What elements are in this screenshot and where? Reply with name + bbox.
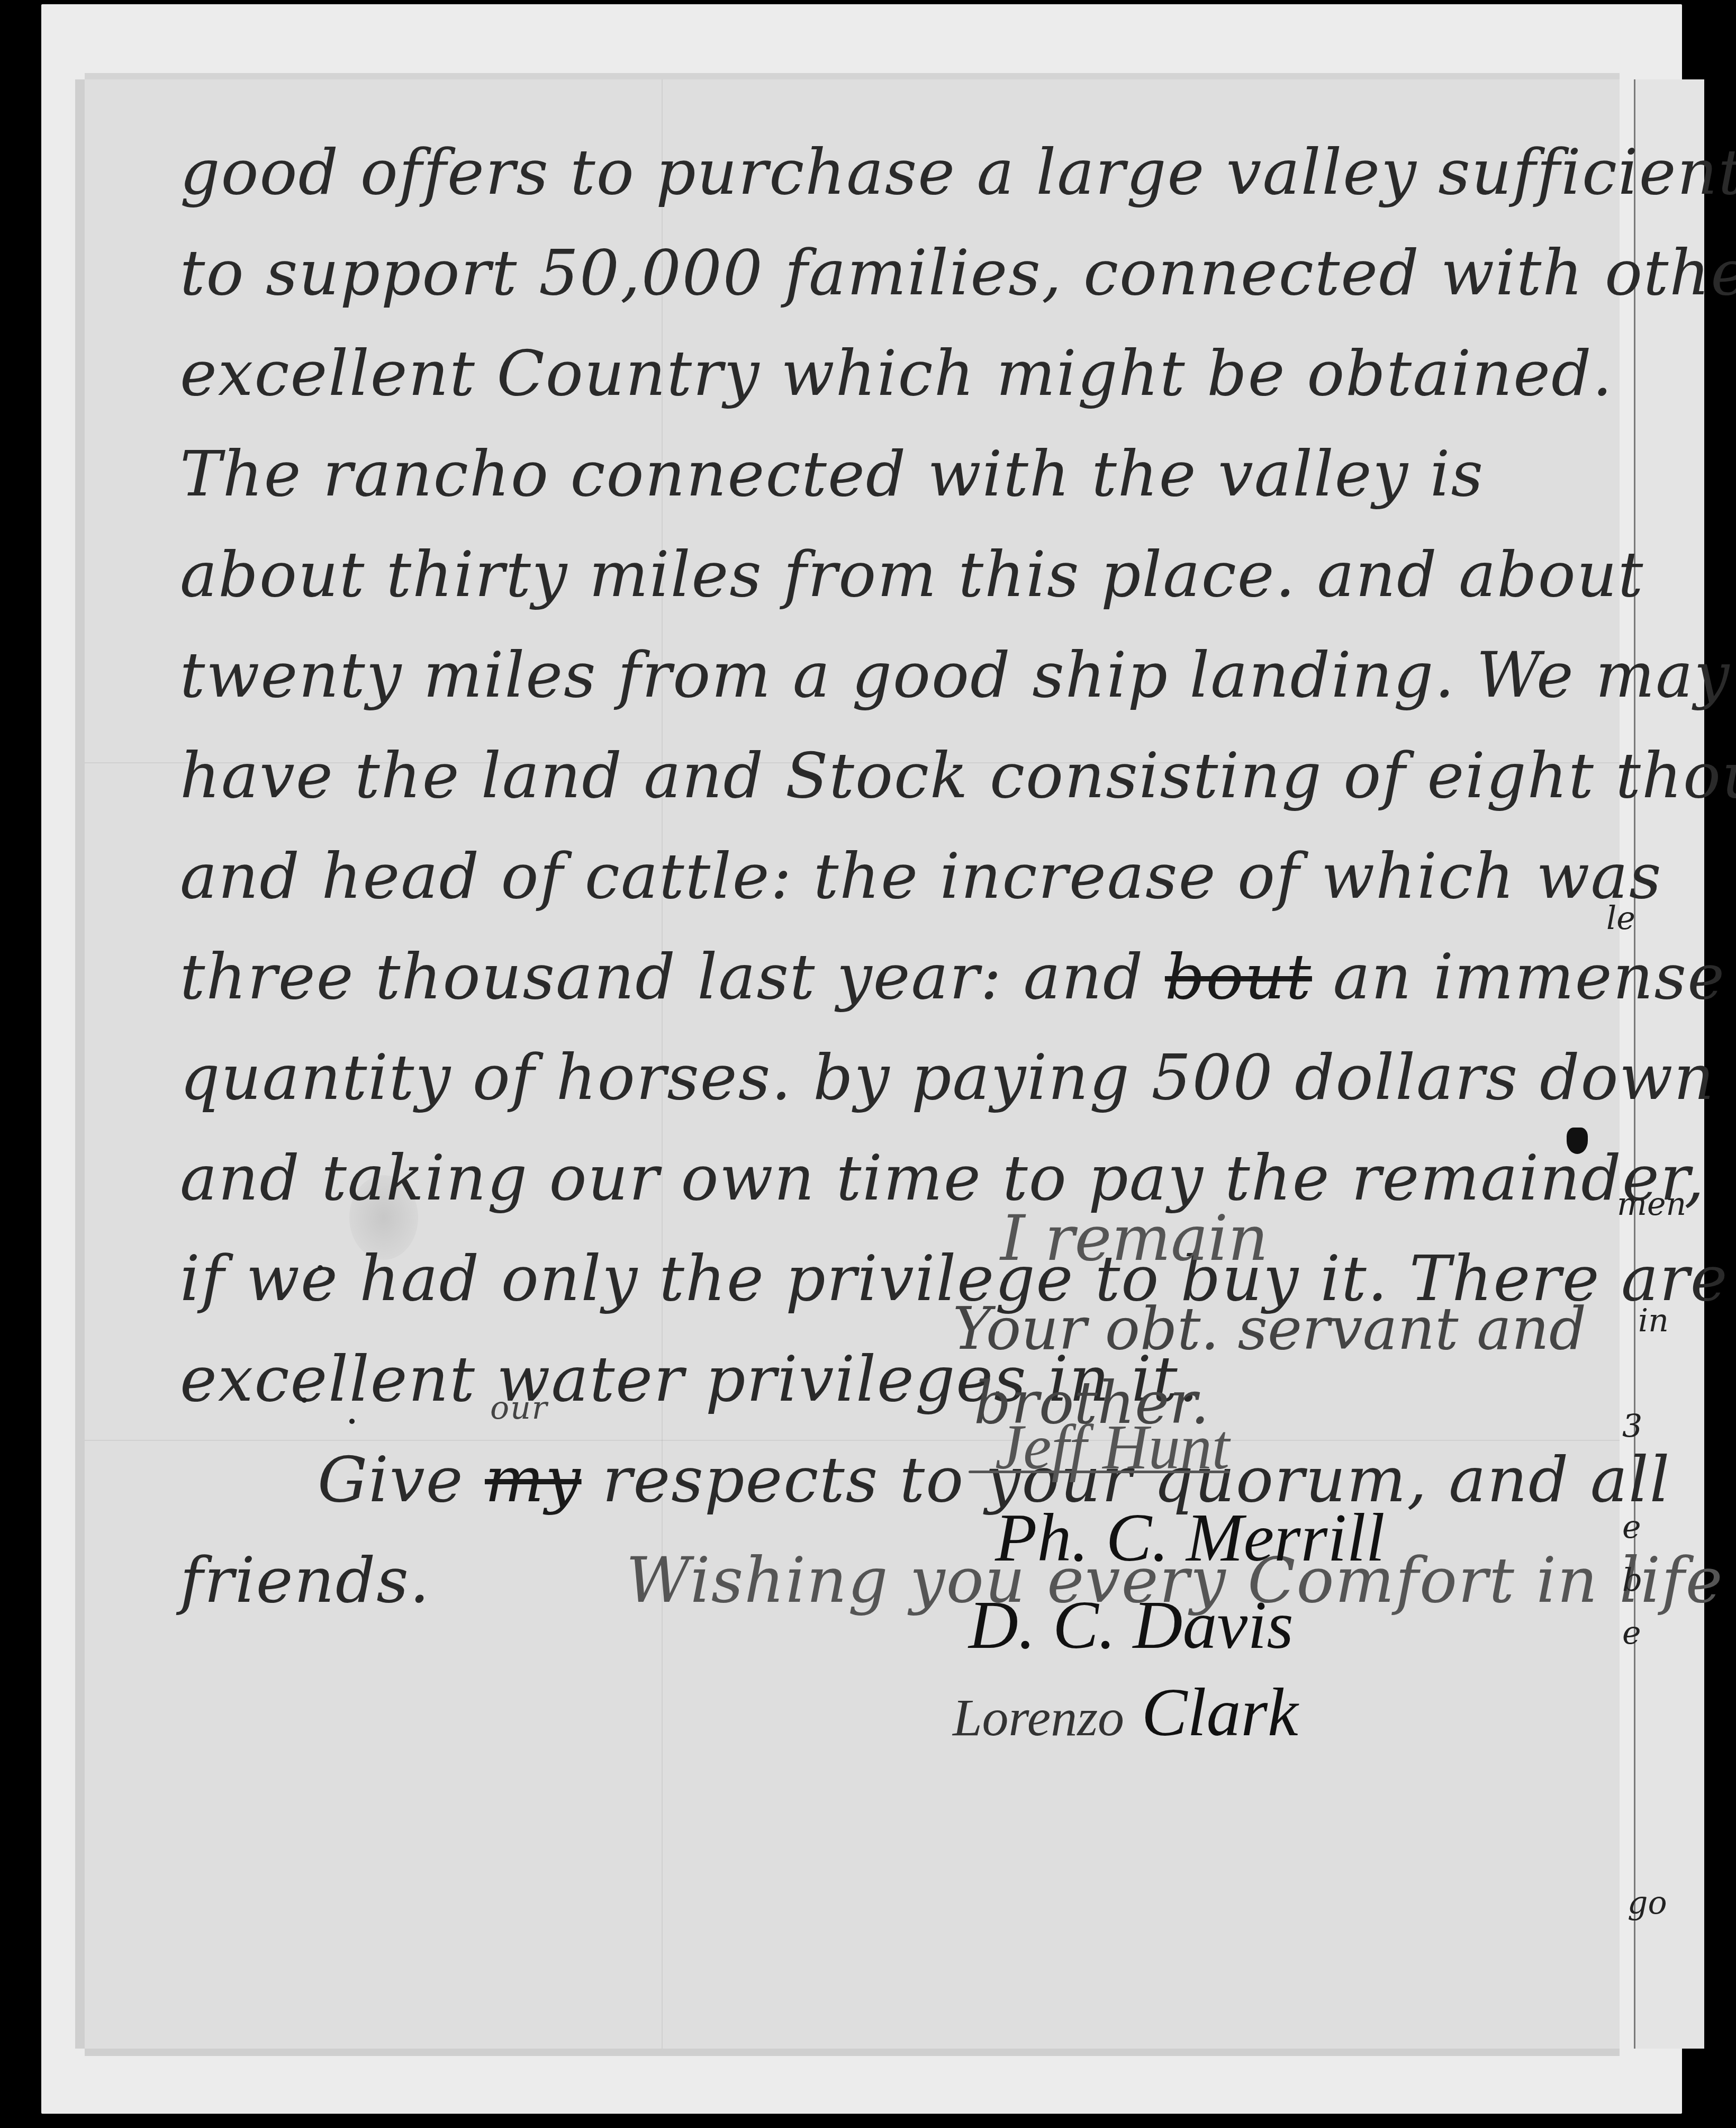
body-line: and head of cattle: the increase of whic… xyxy=(180,826,1567,926)
signature-last-name: Clark xyxy=(1142,1674,1298,1751)
ink-blot xyxy=(1567,1128,1588,1154)
margin-fragment: in xyxy=(1638,1302,1669,1339)
margin-fragment: 3 xyxy=(1622,1408,1642,1445)
body-line: The rancho connected with the valley is xyxy=(180,423,1567,524)
margin-fragment: le xyxy=(1606,900,1635,937)
signature-first-name: Lorenzo xyxy=(953,1688,1124,1747)
body-line: good offers to purchase a large valley s… xyxy=(180,122,1567,222)
ink-speck xyxy=(318,1265,323,1270)
stain xyxy=(349,1175,418,1260)
body-line: to support 50,000 families, connected wi… xyxy=(180,222,1567,323)
correction: our my xyxy=(485,1429,582,1530)
struck-word: bout xyxy=(1165,940,1312,1013)
margin-fragment: e xyxy=(1622,1615,1641,1652)
margin-fragment: go xyxy=(1627,1884,1667,1922)
signature-davis: D. C. Davis xyxy=(969,1585,1294,1665)
give-word: Give xyxy=(318,1443,464,1516)
inserted-word: our xyxy=(490,1392,548,1424)
ink-speck xyxy=(302,1397,307,1403)
body-line: have the land and Stock consisting of ei… xyxy=(180,725,1567,826)
signature-jeff-hunt: Jeff Hunt xyxy=(995,1411,1229,1484)
body-line: about thirty miles from this place. and … xyxy=(180,524,1567,625)
body-line: three thousand last year: and bout an im… xyxy=(180,926,1567,1027)
body-line: twenty miles from a good ship landing. W… xyxy=(180,625,1567,725)
closing-remain: I remain xyxy=(1000,1202,1268,1275)
body-line: quantity of horses. by paying 500 dollar… xyxy=(180,1027,1567,1128)
body-line-text: an immense xyxy=(1333,940,1725,1013)
ink-speck xyxy=(349,1419,355,1424)
body-line: excellent Country which might be obtaine… xyxy=(180,323,1567,423)
signature-clark: Lorenzo Clark xyxy=(953,1673,1298,1752)
margin-fragment: e xyxy=(1622,1509,1641,1546)
body-line-text: three thousand last year: and xyxy=(180,940,1144,1013)
struck-word: my xyxy=(485,1443,582,1516)
margin-fragment: b xyxy=(1622,1562,1642,1599)
signature-merrill: Ph. C. Merrill xyxy=(995,1498,1385,1577)
servant-line: Your obt. servant and xyxy=(953,1295,1586,1363)
friends-word: friends. xyxy=(180,1544,430,1617)
margin-fragment: men xyxy=(1617,1186,1686,1223)
